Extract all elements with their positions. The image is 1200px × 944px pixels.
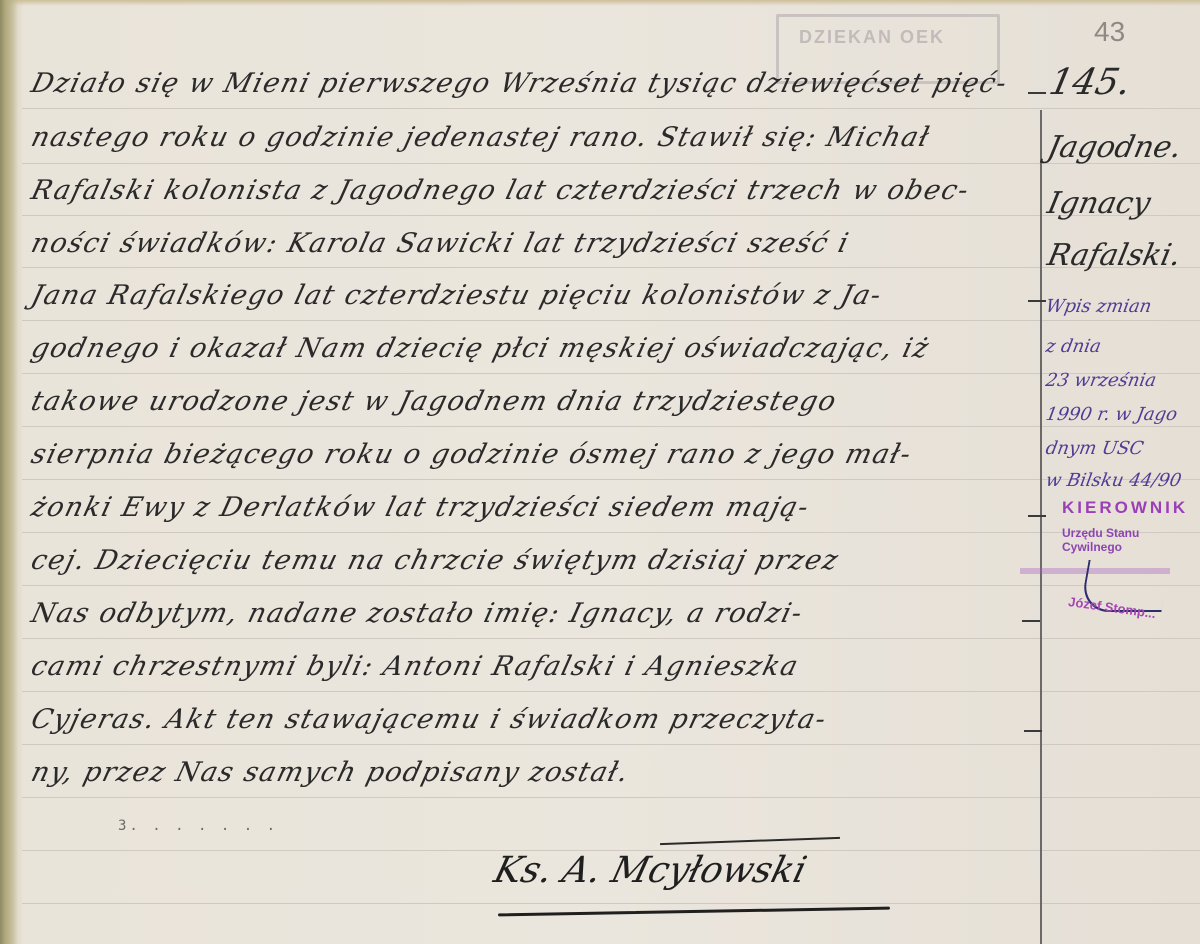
record-line: Nas odbytym, nadane zostało imię: Ignacy…: [28, 598, 1046, 629]
record-line: cej. Dziecięciu temu na chrzcie świętym …: [28, 545, 1046, 576]
ruled-line: [22, 108, 1200, 109]
record-line: takowe urodzone jest w Jagodnem dnia trz…: [28, 386, 1046, 417]
folio-number: 43: [1094, 16, 1125, 48]
hyphen-mark: [1028, 515, 1046, 517]
record-line: Rafalski kolonista z Jagodnego lat czter…: [28, 175, 1046, 206]
faint-marks: 3. . . . . . .: [118, 818, 278, 834]
record-line: żonki Ewy z Derlatków lat trzydzieści si…: [28, 492, 1046, 523]
record-line: Cyjeras. Akt ten stawającemu i świadkom …: [28, 704, 1046, 735]
ruled-line: [22, 215, 1200, 216]
priest-signature: Ks. A. Mcyłowski: [490, 850, 811, 891]
ruled-line: [22, 585, 1200, 586]
margin-surname: Rafalski.: [1044, 238, 1184, 273]
record-line: cami chrzestnymi byli: Antoni Rafalski i…: [28, 651, 1046, 682]
hyphen-mark: [1022, 620, 1040, 622]
ruled-line: [22, 267, 1200, 268]
hyphen-mark: [1028, 92, 1046, 94]
binding-gutter: [0, 0, 18, 944]
record-line: nastego roku o godzinie jedenastej rano.…: [28, 122, 1046, 153]
ruled-line: [22, 903, 1200, 904]
ruled-line: [22, 320, 1200, 321]
ruled-line: [22, 797, 1200, 798]
annotation-line: 1990 r. w Jago: [1044, 404, 1179, 425]
annotation-line: dnym USC: [1044, 438, 1145, 459]
registrar-stamp-office: Urzędu Stanu Cywilnego: [1062, 526, 1200, 554]
ruled-line: [22, 638, 1200, 639]
register-page: DZIEKAN OEK 43 Działo się w Mieni pierws…: [0, 0, 1200, 944]
ruled-line: [22, 426, 1200, 427]
page-top-edge: [0, 0, 1200, 6]
record-line: Jana Rafalskiego lat czterdziestu pięciu…: [28, 280, 1046, 311]
ruled-line: [22, 744, 1200, 745]
ruled-line: [22, 479, 1200, 480]
record-line: ności świadków: Karola Sawicki lat trzyd…: [28, 228, 1046, 259]
annotation-line: Wpis zmian: [1044, 296, 1153, 317]
record-line: Działo się w Mieni pierwszego Września t…: [28, 68, 1046, 99]
margin-place: Jagodne.: [1044, 130, 1184, 165]
margin-given-name: Ignacy: [1044, 186, 1153, 221]
dean-stamp-text: DZIEKAN OEK: [799, 27, 945, 48]
annotation-line: z dnia: [1044, 336, 1103, 357]
ruled-line: [22, 373, 1200, 374]
record-line: sierpnia bieżącego roku o godzinie ósmej…: [28, 439, 1046, 470]
signature-flourish-top: [660, 837, 840, 845]
record-line: godnego i okazał Nam dziecię płci męskie…: [28, 333, 1046, 364]
record-line: ny, przez Nas samych podpisany został.: [28, 757, 1046, 788]
registrar-stamp-title: KIEROWNIK: [1062, 498, 1188, 518]
ruled-line: [22, 532, 1200, 533]
entry-number: 145.: [1046, 62, 1135, 103]
ruled-line: [22, 163, 1200, 164]
ruled-line: [22, 691, 1200, 692]
signature-underline: [498, 907, 890, 917]
annotation-line: w Bilsku 44/90: [1044, 470, 1183, 491]
annotation-line: 23 września: [1044, 370, 1158, 391]
hyphen-mark: [1028, 300, 1046, 302]
hyphen-mark: [1024, 730, 1042, 732]
